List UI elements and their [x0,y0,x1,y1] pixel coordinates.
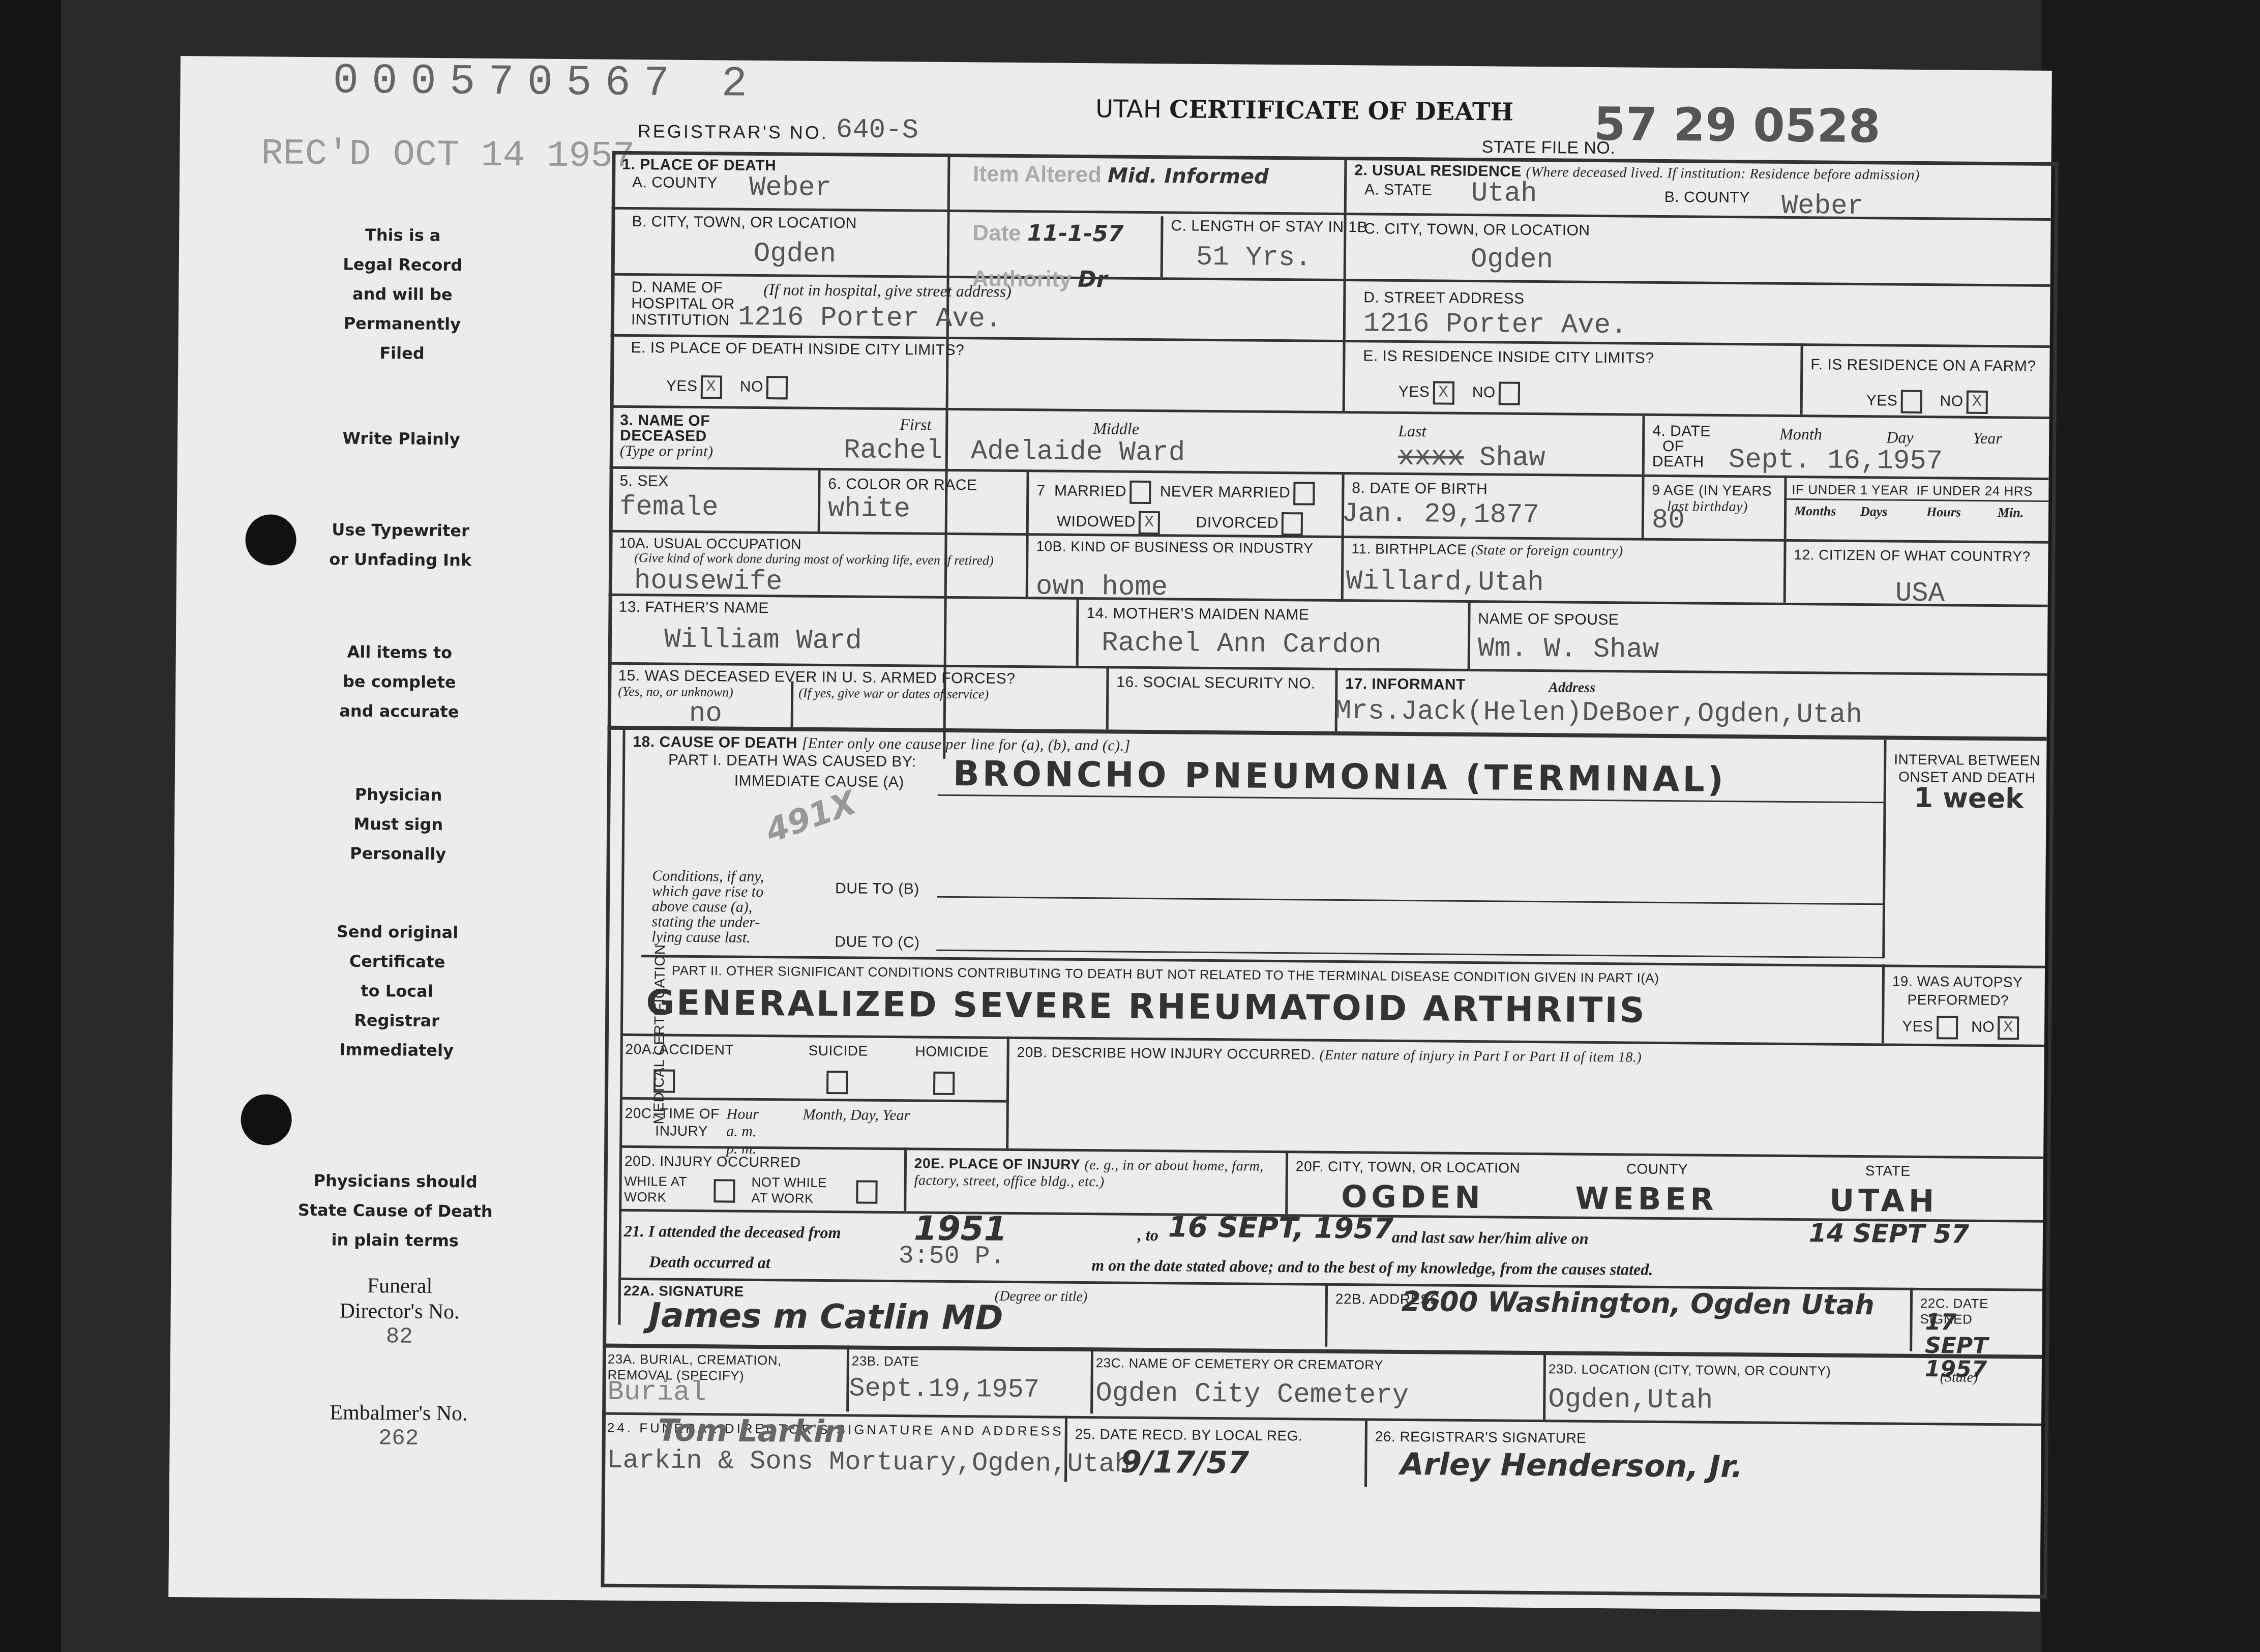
death-occurred-label: Death occurred at [649,1252,770,1272]
injury-county: WEBER [1575,1181,1718,1218]
date-recd: 9/17/57 [1120,1444,1249,1481]
never-married-checkbox[interactable] [1293,482,1315,505]
registrar-sig-label: 26. REGISTRAR'S SIGNATURE [1375,1429,1587,1447]
race-label: 6. COLOR OR RACE [828,476,977,494]
middle-name-label: Middle [1093,419,1139,438]
funeral-director-no: 82 [292,1323,506,1350]
hours-label: Hours [1926,505,1961,520]
deceased-last-name-struck: xxxx [1398,442,1464,474]
autopsy-label: 19. WAS AUTOPSYPERFORMED? [1892,972,2023,1010]
not-while-at-work-label: NOT WHILE AT WORK [751,1174,843,1206]
embalmer-no-block: Embalmer's No. 262 [291,1400,505,1452]
suicide-label: SUICIDE [809,1043,868,1059]
death-city: Ogden [754,239,837,270]
death-inside-city-no-checkbox[interactable] [766,376,788,399]
injury-state-label: STATE [1865,1163,1911,1179]
age: 80 [1652,505,1685,537]
injury-date-label: Month, Day, Year [803,1106,910,1125]
residence-inside-city-no-checkbox[interactable] [1499,381,1520,405]
father-name: William Ward [664,625,862,657]
while-at-work-checkbox[interactable] [713,1179,735,1202]
last-saw-label: and last saw her/him alive on [1392,1228,1589,1248]
place-of-death-label: 1. PLACE OF DEATH [622,156,776,174]
mother-name: Rachel Ann Cardon [1102,628,1382,661]
not-while-at-work-checkbox[interactable] [856,1181,877,1204]
certifier-address: 2600 Washington, Ogden Utah [1402,1286,1900,1321]
hour-am-pm-label: Houra. m.p. m. [726,1105,759,1157]
residence-city: Ogden [1471,244,1554,276]
place-of-injury-label: 20e. PLACE OF INJURY (e. g., in or about… [914,1155,1281,1192]
alteration-date: Date 11-1-57 [972,220,1124,247]
scan-border-left [0,0,61,1652]
marital-status-row2: WIDOWEDX DIVORCED [1057,511,1303,536]
residence-state-label: a. STATE [1364,181,1432,199]
armed-forces-hint: (Yes, no, or unknown) [618,684,733,700]
cemetery: Ogden City Cemetery [1095,1378,1409,1411]
serial-number: 000570567 2 [333,57,760,109]
date-of-death: Sept. 16,1957 [1729,445,1943,477]
burial-date: Sept.19,1957 [849,1373,1039,1405]
part1-label: PART I. DEATH WAS CAUSED BY: [668,752,916,771]
business-label: 10b. KIND OF BUSINESS OR INDUSTRY [1036,538,1313,556]
homicide-checkbox[interactable] [933,1072,955,1095]
state-file-no: 57 29 0528 [1594,98,1881,153]
race: white [828,493,911,525]
informant-address-label: Address [1549,680,1595,696]
under-24-hrs-label: IF UNDER 24 HRS [1916,483,2033,499]
deceased-first-name: Rachel [844,435,943,467]
first-name-label: First [900,415,932,434]
spouse-name: Wm. W. Shaw [1478,633,1659,666]
length-of-stay: 51 Yrs. [1196,242,1312,274]
physician-signature: James m Catlin MD [648,1295,1003,1337]
marital-status: 7 MARRIED NEVER MARRIED [1036,480,1315,505]
min-label: Min. [1998,505,2024,520]
death-city-label: b. CITY, TOWN, OR LOCATION [632,213,857,232]
deceased-last-name: Shaw [1479,442,1545,474]
death-time: 3:50 P. [898,1242,1005,1272]
sidebar-note-typewriter: Use Typewriteror Unfading Ink [299,515,502,575]
residence-farm-label: f. IS RESIDENCE ON A FARM? [1810,356,2036,375]
death-county: Weber [749,172,832,204]
attended-from-label: 21. I attended the deceased from [624,1222,841,1242]
sex: female [619,492,719,524]
injury-state: UTAH [1829,1183,1938,1220]
length-of-stay-label: c. LENGTH OF STAY IN 1b [1171,217,1367,236]
business: own home [1036,571,1168,603]
widowed-checkbox[interactable]: X [1139,511,1160,535]
citizen-label: 12. CITIZEN OF WHAT COUNTRY? [1794,547,2030,565]
autopsy-checkboxes: YES NOX [1902,1016,2019,1040]
spouse-label: NAME OF SPOUSE [1478,610,1619,629]
item-altered-stamp: Item Altered Mid. Informed [973,161,1269,189]
burial-date-label: 23b. DATE [852,1353,919,1369]
deceased-name-label: 3. NAME OFDECEASED(Type or print) [620,413,713,459]
mother-label: 14. MOTHER'S MAIDEN NAME [1086,605,1309,624]
injury-occurred-label: 20d. INJURY OCCURRED [625,1153,801,1171]
hospital-hint: (If not in hospital, give street address… [763,280,1012,301]
part2-conditions: GENERALIZED SEVERE RHEUMATOID ARTHRITIS [646,983,1647,1030]
cemetery-label: 23c. NAME OF CEMETERY OR CREMATORY [1096,1355,1383,1373]
residence-county: Weber [1781,191,1864,222]
residence-inside-city-yes-checkbox[interactable]: X [1433,381,1454,404]
accident-checkbox[interactable] [653,1069,675,1093]
injury-location-label: 20f. CITY, TOWN, OR LOCATION [1296,1158,1521,1176]
date-recd-label: 25. DATE RECD. BY LOCAL REG. [1075,1426,1303,1444]
residence-street-label: d. STREET ADDRESS [1363,289,1525,307]
sidebar-note-send-original: Send originalCertificateto LocalRegistra… [294,917,499,1066]
hospital-label: d. NAME OFHOSPITAL ORINSTITUTION [631,279,735,329]
burial-state-label: (State) [1940,1369,1978,1386]
while-at-work-label: WHILE AT WORK [624,1173,705,1205]
sidebar-note-cause-plain-terms: Physicians shouldState Cause of Deathin … [273,1166,518,1256]
residence-state: Utah [1471,178,1537,210]
sidebar-note-legal-record: This is aLegal Recordand will bePermanen… [300,220,504,369]
punch-hole [245,514,296,566]
last-saw-alive: 14 SEPT 57 [1809,1218,1969,1249]
divorced-checkbox[interactable] [1282,512,1303,536]
sex-label: 5. SEX [619,473,669,490]
injury-city: OGDEN [1341,1179,1484,1216]
registrars-no-label: REGISTRAR'S NO. [638,121,828,143]
year-label: Year [1973,429,2002,448]
registrar-signature: Arley Henderson, Jr. [1400,1447,1743,1485]
conditions-hint: Conditions, if any,which gave rise toabo… [651,868,764,946]
suicide-checkbox[interactable] [826,1071,848,1094]
dob-label: 8. DATE OF BIRTH [1352,480,1488,498]
last-name-label: Last [1398,422,1426,440]
sidebar-note-complete: All items tobe completeand accurate [298,637,501,727]
hospital-address: 1216 Porter Ave. [738,302,1002,335]
occupation: housewife [634,566,783,598]
death-inside-city-label: e. IS PLACE OF DEATH INSIDE CITY LIMITS? [631,339,964,359]
residence-county-label: b. COUNTY [1664,189,1750,206]
residence-street: 1216 Porter Ave. [1363,308,1627,341]
date-of-birth: Jan. 29,1877 [1342,498,1539,531]
residence-farm-checkboxes: YES NOX [1866,390,1988,414]
time-of-injury-label: 20c. TIME OFINJURY [625,1105,719,1140]
interval-onset-death: 1 week [1914,782,2024,815]
death-certificate: 000570567 2 REC'D OCT 14 1957 REGISTRAR'… [168,56,2052,1612]
months-label: Months [1794,504,1836,519]
informant-label: 17. INFORMANT [1345,675,1466,694]
punch-hole [241,1094,292,1145]
day-label: Day [1886,428,1914,447]
war-service-hint: (If yes, give war or dates of service) [798,686,989,702]
residence-farm-yes-checkbox[interactable] [1900,390,1922,414]
informant: Mrs.Jack(Helen)DeBoer,Ogden,Utah [1335,696,1862,731]
burial-method: Burial [607,1377,706,1409]
homicide-label: HOMICIDE [915,1043,989,1060]
scan-border-right [2041,0,2260,1652]
residence-city-label: c. CITY, TOWN, OR LOCATION [1364,220,1590,239]
immediate-cause-label: IMMEDIATE CAUSE (a) [734,773,904,791]
residence-inside-city-checkboxes: YESX NO [1399,381,1520,405]
birthplace-label: 11. BIRTHPLACE (State or foreign country… [1351,541,1623,559]
injury-county-label: COUNTY [1626,1161,1688,1177]
armed-forces: no [689,698,722,730]
sidebar-note-physician-sign: PhysicianMust signPersonally [296,779,500,869]
month-label: Month [1779,425,1822,444]
registrars-no: 640-S [836,114,919,146]
funeral-director-address: Larkin & Sons Mortuary,Ogden,Utah [607,1445,1131,1480]
death-inside-city-checkboxes: YESX NO [666,375,788,400]
funeral-director-no-block: Funeral Director's No. 82 [292,1273,507,1350]
residence-farm-no-checkbox[interactable]: X [1966,391,1987,414]
accident-label: 20a. ACCIDENT [626,1041,734,1058]
attended-to: 16 SEPT, 1957 [1168,1211,1393,1245]
embalmer-no: 262 [291,1425,505,1452]
days-label: Days [1860,504,1888,519]
residence-inside-city-label: e. IS RESIDENCE INSIDE CITY LIMITS? [1363,347,1654,367]
due-to-c-label: DUE TO (c) [835,933,919,951]
father-label: 13. FATHER'S NAME [618,599,769,617]
received-stamp: REC'D OCT 14 1957 [261,133,635,178]
death-inside-city-yes-checkbox[interactable]: X [700,375,722,399]
burial-location: Ogden,Utah [1548,1384,1713,1417]
immediate-cause: BRONCHO PNEUMONIA (TERMINAL) [953,754,1727,800]
autopsy-yes-checkbox[interactable] [1936,1016,1957,1039]
date-of-death-label: 4. DATEOFDEATH [1652,424,1711,470]
attended-to-label: , to [1138,1226,1158,1245]
funeral-director-signature: Tom Larkin [658,1412,846,1450]
deceased-middle-name: Adelaide Ward [971,436,1185,468]
autopsy-no-checkbox[interactable]: X [1998,1016,2019,1040]
birthplace: Willard,Utah [1346,566,1544,599]
citizen: USA [1895,578,1945,610]
death-county-label: a. COUNTY [632,174,718,192]
under-1-year-label: IF UNDER 1 YEAR [1792,482,1909,498]
degree-label: (Degree or title) [995,1288,1088,1305]
certificate-title: UTAH CERTIFICATE OF DEATH [1095,95,1513,126]
burial-location-label: 23d. LOCATION (City, town, or county) [1549,1361,1831,1379]
due-to-b-label: DUE TO (b) [835,880,919,898]
ssn-label: 16. SOCIAL SECURITY NO. [1116,673,1316,692]
sidebar-note-write-plainly: Write Plainly [300,423,503,454]
married-checkbox[interactable] [1129,481,1151,504]
